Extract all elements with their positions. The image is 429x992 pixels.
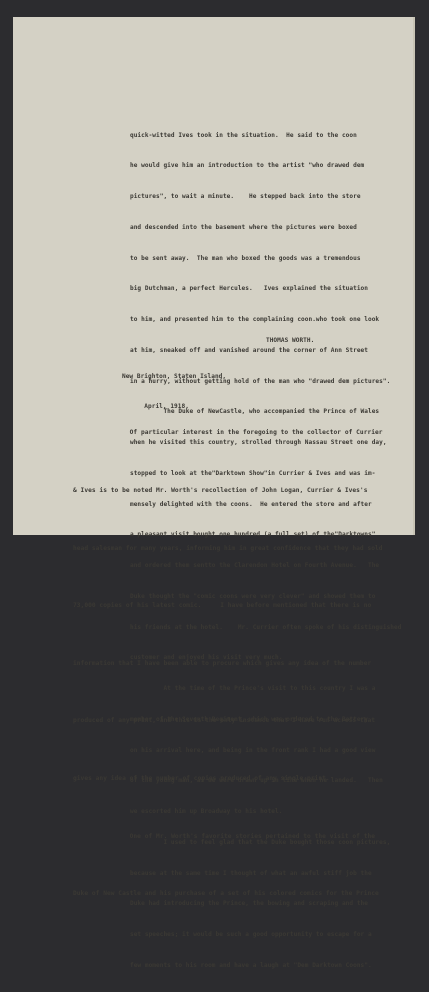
letter-line: pictures", to wait a minute. He stepped …	[130, 192, 401, 202]
place-line: New Brighton, Staten Island,	[122, 372, 226, 382]
letter-line: to him, and presented him to the complai…	[130, 315, 401, 325]
letter-line: to be sent away. The man who boxed the g…	[130, 254, 401, 264]
letter-line: big Dutchman, a perfect Hercules. Ives e…	[130, 284, 401, 294]
letter-line: and descended into the basement where th…	[130, 223, 401, 233]
letter-line: he would give him an introduction to the…	[130, 161, 401, 171]
signature: THOMAS WORTH.	[266, 337, 314, 344]
letter-line: quick-witted Ives took in the situation.…	[130, 131, 401, 141]
commentary-line: & Ives is to be noted Mr. Worth's recoll…	[73, 481, 383, 500]
commentary-line: Of particular interest in the foregoing …	[73, 423, 383, 442]
typewritten-page: quick-witted Ives took in the situation.…	[13, 17, 415, 535]
commentary-text-block: Of particular interest in the foregoing …	[73, 385, 383, 550]
commentary-line: head salesman for many years, informing …	[73, 539, 383, 550]
